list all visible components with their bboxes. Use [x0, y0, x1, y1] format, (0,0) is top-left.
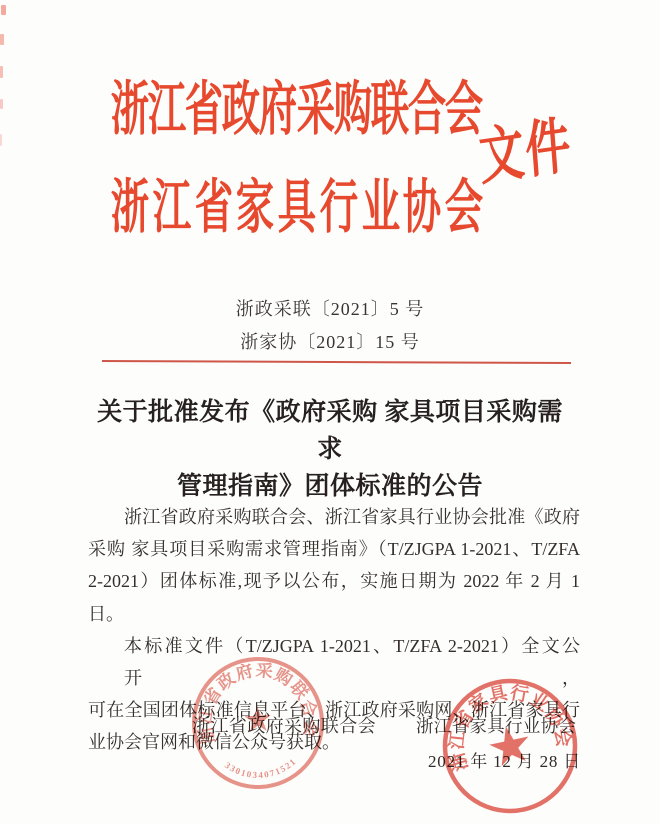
star-icon — [486, 722, 533, 767]
letterhead-char: 浙 — [111, 81, 141, 140]
star-icon — [244, 705, 272, 732]
letterhead-char: 合 — [408, 81, 438, 140]
letterhead-char: 浙 — [111, 179, 141, 238]
red-divider-rule — [102, 360, 571, 364]
letterhead-doc-type-label: 文件 — [477, 113, 574, 192]
letterhead-char: 省 — [194, 179, 224, 238]
doc-number-1: 浙政采联〔2021〕5 号 — [0, 295, 660, 321]
letterhead-char: 家 — [236, 179, 266, 238]
document-title-line-1: 关于批准发布《政府采购 家具项目采购需求 — [85, 394, 575, 468]
doc-number-2: 浙家协〔2021〕15 号 — [0, 328, 660, 354]
letterhead-char: 府 — [259, 81, 289, 140]
letterhead-char: 购 — [333, 81, 363, 140]
svg-text:浙江省家具行业协会: 浙江省家具行业协会 — [440, 676, 576, 774]
scan-artifact — [1, 5, 6, 15]
letterhead-char: 具 — [278, 179, 308, 238]
body-paragraph-1-line-1: 浙江省政府采购联合会、浙江省家具行业协会批准《政府 — [88, 501, 580, 533]
letterhead-char: 会 — [445, 179, 475, 238]
scan-artifact — [0, 134, 2, 146]
svg-text:浙江省政府采购联合会: 浙江省政府采购联合会 — [191, 656, 322, 746]
body-paragraph-1-line-2: 采购 家具项目采购需求管理指南》（T/ZJGPA 1-2021、T/ZFA — [88, 533, 580, 565]
letterhead-char: 行 — [319, 179, 349, 238]
document-title: 关于批准发布《政府采购 家具项目采购需求 管理指南》团体标准的公告 — [85, 394, 575, 505]
scan-artifact — [0, 99, 3, 109]
letterhead-org-line-2: 浙江省家具行业协会 — [107, 180, 478, 238]
letterhead-char: 联 — [370, 81, 400, 140]
letterhead-char: 江 — [148, 81, 178, 140]
letterhead-char: 业 — [361, 179, 391, 238]
letterhead-char: 政 — [222, 81, 252, 140]
seal-ring-text: 浙江省家具行业协会 — [440, 676, 576, 774]
scan-artifact — [0, 34, 4, 45]
letterhead-char: 江 — [152, 179, 182, 238]
document-title-line-2: 管理指南》团体标准的公告 — [85, 468, 575, 505]
scan-artifact — [0, 66, 3, 78]
official-seal-right: 浙江省家具行业协会 — [440, 676, 580, 816]
letterhead-char: 会 — [445, 81, 475, 140]
letterhead-char: 协 — [403, 179, 433, 238]
letterhead-org-line-1: 浙江省政府采购联合会 — [107, 82, 478, 140]
letterhead-char: 采 — [296, 81, 326, 140]
seal-ring-text: 浙江省政府采购联合会 — [191, 656, 322, 746]
official-seal-left: 浙江省政府采购联合会 3301034071521 — [188, 653, 328, 793]
document-page: 浙江省政府采购联合会 浙江省家具行业协会 文件 浙政采联〔2021〕5 号 浙家… — [0, 0, 660, 824]
body-paragraph-1-line-3: 2-2021）团体标准,现予以公布，实施日期为 2022 年 2 月 1 日。 — [88, 565, 580, 629]
letterhead-char: 省 — [185, 81, 215, 140]
